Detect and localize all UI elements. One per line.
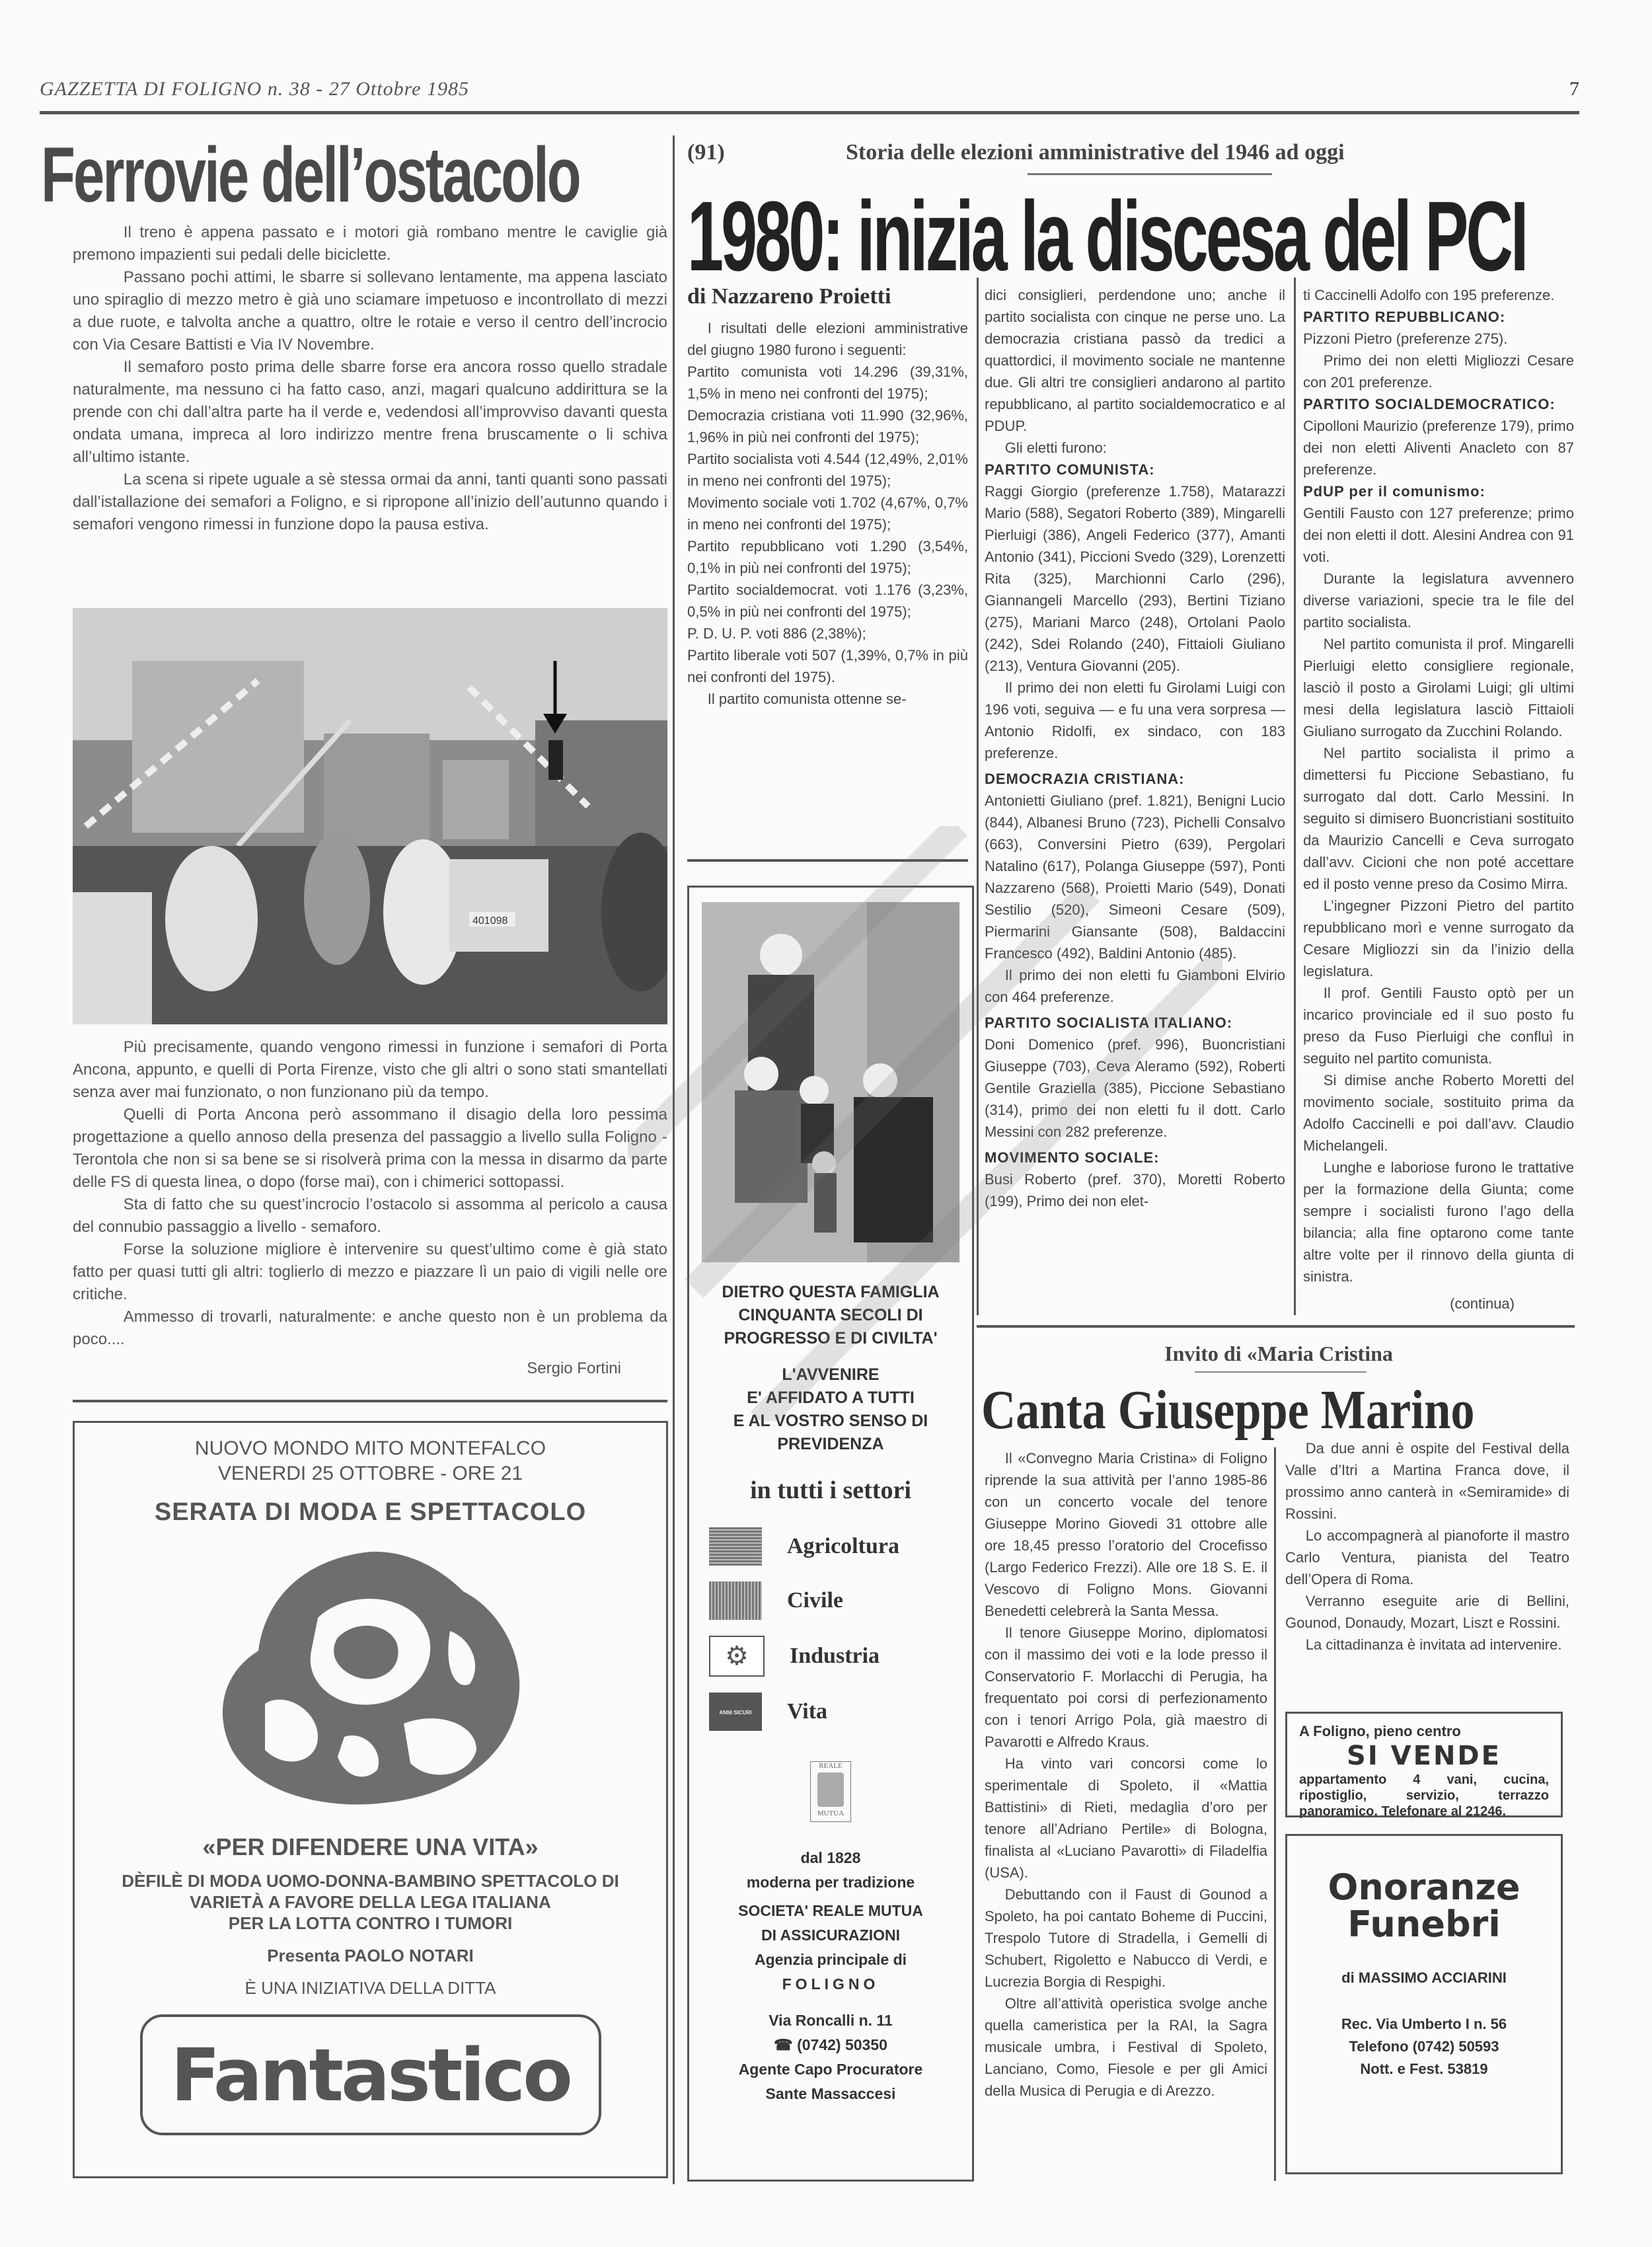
ad-company-info: dal 1828 moderna per tradizione SOCIETA'… xyxy=(689,1846,972,2106)
paragraph: Primo dei non eletti Migliozzi Cesare co… xyxy=(1303,350,1574,393)
concerto-col-1: Il «Convegno Maria Cristina» di Foligno … xyxy=(985,1447,1267,2102)
tree-icon xyxy=(709,1527,762,1566)
agent-role: Agente Capo Procuratore xyxy=(689,2057,972,2082)
series-number: (91) xyxy=(687,140,725,165)
logo-text: MUTUA xyxy=(811,1809,850,1817)
paragraph: dici consiglieri, perdendone uno; anche … xyxy=(985,284,1285,437)
ad-tagline-mid: L'AVVENIRE E' AFFIDATO A TUTTI E AL VOST… xyxy=(689,1363,972,1456)
elected-list: Gentili Fausto con 127 preferenze; primo… xyxy=(1303,502,1574,568)
paragraph: Lo accompagnerà al pianoforte il mastro … xyxy=(1285,1525,1569,1590)
tagline-line: PREVIDENZA xyxy=(689,1433,972,1456)
crest-icon xyxy=(817,1772,844,1807)
telephone-icon: ☎ xyxy=(774,2036,797,2053)
brand-name: Fantastico xyxy=(170,2033,570,2117)
paragraph: Si dimise anche Roberto Moretti del movi… xyxy=(1303,1069,1574,1157)
paragraph: Durante la legislatura avvennero diverse… xyxy=(1303,568,1574,633)
ad-location: A Foligno, pieno centro xyxy=(1299,1723,1549,1740)
results-list: Partito comunista voti 14.296 (39,31%, 1… xyxy=(687,361,968,688)
ferrovie-body-bottom: Più precisamente, quando vengono rimessi… xyxy=(73,1036,667,1380)
elected-list: Raggi Giorgio (preferenze 1.758), Matara… xyxy=(985,480,1285,677)
paragraph: Sta di fatto che su quest’incrocio l’ost… xyxy=(73,1194,667,1238)
concerto-kicker: Invito di «Maria Cristina xyxy=(985,1342,1573,1366)
tagline-line: E' AFFIDATO A TUTTI xyxy=(689,1387,972,1410)
paragraph: Da due anni è ospite del Festival della … xyxy=(1285,1437,1569,1525)
since-text: dal 1828 xyxy=(689,1846,972,1870)
svg-text:401098: 401098 xyxy=(472,915,507,927)
sector-vita: ANNI SICURI Vita xyxy=(709,1693,972,1731)
col-text: I risultati delle elezioni amministrativ… xyxy=(687,317,968,710)
paragraph: Ha vinto vari concorsi come lo speriment… xyxy=(985,1753,1267,1884)
city-text: FOLIGNO xyxy=(689,1972,972,1997)
paragraph: L’ingegner Pizzoni Pietro del partito re… xyxy=(1303,895,1574,982)
reale-mutua-logo: REALE MUTUA xyxy=(810,1761,851,1822)
column-divider xyxy=(1294,278,1296,1315)
paragraph: Il primo dei non eletti fu Girolami Luig… xyxy=(985,677,1285,764)
desc-line: DÈFILÈ DI MODA UOMO-DONNA-BAMBINO SPETTA… xyxy=(75,1870,666,1891)
page-number: 7 xyxy=(1569,78,1579,100)
party-heading: PARTITO COMUNISTA: xyxy=(985,459,1285,480)
ad-description: appartamento 4 vani, cucina, ripostiglio… xyxy=(1299,1772,1549,1819)
result-item: Partito repubblicano voti 1.290 (3,54%, … xyxy=(687,535,968,579)
kicker: Storia delle elezioni amministrative del… xyxy=(846,140,1345,165)
paragraph: Nel partito comunista il prof. Mingarell… xyxy=(1303,633,1574,742)
ad-tagline-top: DIETRO QUESTA FAMIGLIA CINQUANTA SECOLI … xyxy=(689,1281,972,1350)
elected-list: Cipolloni Maurizio (preferenze 179), pri… xyxy=(1303,415,1574,480)
fashion-show-ad: NUOVO MONDO MITO MONTEFALCO VENERDI 25 O… xyxy=(73,1421,668,2178)
paragraph: Quelli di Porta Ancona però assommano il… xyxy=(73,1104,667,1194)
section-rule xyxy=(73,1400,667,1402)
rose-icon xyxy=(186,1539,556,1816)
company-name: DI ASSICURAZIONI xyxy=(689,1923,972,1948)
desc-line: PER LA LOTTA CONTRO I TUMORI xyxy=(75,1913,666,1934)
continued-note: (continua) xyxy=(1303,1293,1574,1314)
tagline-line: DIETRO QUESTA FAMIGLIA xyxy=(689,1281,972,1304)
paragraph: Il primo dei non eletti fu Giamboni Elvi… xyxy=(985,964,1285,1008)
ad-owner: di MASSIMO ACCIARINI xyxy=(1287,1969,1561,1987)
section-rule xyxy=(687,859,968,862)
paragraph: Il «Convegno Maria Cristina» di Foligno … xyxy=(985,1447,1267,1622)
initiative: È UNA INIZIATIVA DELLA DITTA xyxy=(75,1978,666,1999)
si-vende-ad: A Foligno, pieno centro SI VENDE apparta… xyxy=(1285,1712,1563,1817)
result-item: Democrazia cristiana voti 11.990 (32,96%… xyxy=(687,404,968,448)
ferrovie-body-top: Il treno è appena passato e i motori già… xyxy=(73,221,667,536)
onoranze-funebri-ad: Onoranze Funebri di MASSIMO ACCIARINI Re… xyxy=(1285,1834,1563,2174)
elezioni-col-2: dici consiglieri, perdendone uno; anche … xyxy=(985,284,1285,1212)
night-phone-text: Nott. e Fest. 53819 xyxy=(1287,2058,1561,2080)
result-item: Partito socialdemocrat. voti 1.176 (3,23… xyxy=(687,579,968,623)
headline-elezioni: 1980: inizia la discesa del PCI xyxy=(687,186,1526,286)
railway-crossing-photo: 401098 xyxy=(73,608,667,1024)
ad-contacts: Rec. Via Umberto I n. 56 Telefono (0742)… xyxy=(1287,2013,1561,2080)
newspaper-page: GAZZETTA DI FOLIGNO n. 38 - 27 Ottobre 1… xyxy=(0,0,1652,2247)
ad-slogan: «PER DIFENDERE UNA VITA» xyxy=(75,1833,666,1861)
paragraph: Oltre all’attività operistica svolge anc… xyxy=(985,1993,1267,2102)
family-illustration xyxy=(702,902,959,1262)
paragraph: Verranno eseguite arie di Bellini, Gouno… xyxy=(1285,1590,1569,1634)
masthead: GAZZETTA DI FOLIGNO n. 38 - 27 Ottobre 1… xyxy=(40,78,1579,104)
section-rule xyxy=(977,1325,1575,1328)
concerto-col-2: Da due anni è ospite del Festival della … xyxy=(1285,1437,1569,1656)
party-heading: PdUP per il comunismo: xyxy=(1303,480,1574,502)
paragraph: Debuttando con il Faust di Gounod a Spol… xyxy=(985,1884,1267,1993)
sector-agricoltura: Agricoltura xyxy=(709,1527,972,1566)
anni-sicuri-icon: ANNI SICURI xyxy=(709,1693,762,1731)
ad-title: SERATA DI MODA E SPETTACOLO xyxy=(75,1498,666,1527)
ad-description: DÈFILÈ DI MODA UOMO-DONNA-BAMBINO SPETTA… xyxy=(75,1870,666,1934)
elected-list: Antonietti Giuliano (pref. 1.821), Benig… xyxy=(985,790,1285,964)
title-line: Funebri xyxy=(1287,1906,1561,1943)
address-text: Rec. Via Umberto I n. 56 xyxy=(1287,2013,1561,2036)
elezioni-kicker-row: (91) Storia delle elezioni amministrativ… xyxy=(687,140,1573,165)
column-divider xyxy=(673,135,675,2184)
party-heading: PARTITO SOCIALISTA ITALIANO: xyxy=(985,1012,1285,1034)
sector-civile: Civile xyxy=(709,1581,972,1620)
paragraph: Il partito comunista ottenne se- xyxy=(687,688,968,710)
tagline-line: CINQUANTA SECOLI DI xyxy=(689,1304,972,1327)
tagline-line: L'AVVENIRE xyxy=(689,1363,972,1387)
paragraph: Gli eletti furono: xyxy=(985,437,1285,459)
masthead-rule xyxy=(40,111,1579,114)
party-heading: PARTITO REPUBBLICANO: xyxy=(1303,306,1574,328)
sectors-list: Agricoltura Civile ⚙ Industria ANNI SICU… xyxy=(709,1527,972,1731)
agent-name: Sante Massaccesi xyxy=(689,2082,972,2106)
headline-ferrovie: Ferrovie dell’ostacolo xyxy=(41,135,498,215)
gear-icon: ⚙ xyxy=(709,1636,765,1677)
fantastico-logo: Fantastico xyxy=(140,2014,601,2135)
paragraph: Lunghe e laboriose furono le trattative … xyxy=(1303,1157,1574,1287)
title-line: Onoranze xyxy=(1287,1869,1561,1906)
sector-industria: ⚙ Industria xyxy=(709,1636,972,1677)
phone-text: Telefono (0742) 50593 xyxy=(1287,2036,1561,2058)
sector-label: Civile xyxy=(787,1588,843,1613)
ad-venue: NUOVO MONDO MITO MONTEFALCO VENERDI 25 O… xyxy=(75,1436,666,1486)
result-item: Partito comunista voti 14.296 (39,31%, 1… xyxy=(687,361,968,404)
paragraph: Forse la soluzione migliore è intervenir… xyxy=(73,1238,667,1306)
desc-line: VARIETÀ A FAVORE DELLA LEGA ITALIANA xyxy=(75,1891,666,1913)
paragraph: ti Caccinelli Adolfo con 195 preferenze. xyxy=(1303,284,1574,306)
headline-concerto: Canta Giuseppe Marino xyxy=(981,1378,1493,1442)
agency-text: Agenzia principale di xyxy=(689,1948,972,1972)
elected-list: Doni Domenico (pref. 996), Buoncristiani… xyxy=(985,1034,1285,1143)
paragraph: La cittadinanza è invitata ad intervenir… xyxy=(1285,1634,1569,1656)
logo-text: REALE xyxy=(811,1762,850,1770)
party-heading: DEMOCRAZIA CRISTIANA: xyxy=(985,768,1285,790)
paragraph: Il semaforo posto prima delle sbarre for… xyxy=(73,356,667,469)
tagline-line: E AL VOSTRO SENSO DI xyxy=(689,1410,972,1433)
kicker-underline xyxy=(1195,1371,1367,1373)
ad-title: Onoranze Funebri xyxy=(1287,1869,1561,1943)
ad-title: SI VENDE xyxy=(1299,1740,1549,1772)
anni-sicuri-text: ANNI SICURI xyxy=(720,1710,752,1716)
address-text: Via Roncalli n. 11 xyxy=(689,2008,972,2033)
elezioni-col-3: ti Caccinelli Adolfo con 195 preferenze.… xyxy=(1303,284,1574,1314)
tagline-line: PROGRESSO E DI CIVILTA' xyxy=(689,1327,972,1350)
paragraph: La scena si ripete uguale a sè stessa or… xyxy=(73,469,667,536)
intro: I risultati delle elezioni amministrativ… xyxy=(687,317,968,361)
elezioni-col-1: di Nazzareno Proietti I risultati delle … xyxy=(687,284,968,710)
paragraph: Ammesso di trovarli, naturalmente: e anc… xyxy=(73,1306,667,1351)
elected-list: Busi Roberto (pref. 370), Moretti Robert… xyxy=(985,1168,1285,1212)
date-line: VENERDI 25 OTTOBRE - ORE 21 xyxy=(75,1461,666,1486)
column-divider xyxy=(1274,1447,1276,2181)
photo-illustration: 401098 xyxy=(73,608,667,1024)
paragraph: Il treno è appena passato e i motori già… xyxy=(73,221,667,266)
column-divider xyxy=(977,278,979,1315)
newspaper-title: GAZZETTA DI FOLIGNO n. 38 - 27 Ottobre 1… xyxy=(40,78,469,100)
motto-text: moderna per tradizione xyxy=(689,1870,972,1895)
paragraph: Passano pochi attimi, le sbarre si solle… xyxy=(73,266,667,356)
party-heading: MOVIMENTO SOCIALE: xyxy=(985,1147,1285,1168)
byline: di Nazzareno Proietti xyxy=(687,284,968,309)
company-name: SOCIETA' REALE MUTUA xyxy=(689,1899,972,1923)
sectors-title: in tutti i settori xyxy=(689,1476,972,1505)
sector-label: Industria xyxy=(790,1644,880,1669)
result-item: Partito liberale voti 507 (1,39%, 0,7% i… xyxy=(687,644,968,688)
party-heading: PARTITO SOCIALDEMOCRATICO: xyxy=(1303,393,1574,415)
kicker-underline xyxy=(1028,173,1272,175)
paragraph: Più precisamente, quando vengono rimessi… xyxy=(73,1036,667,1104)
paragraph: Il prof. Gentili Fausto optò per un inca… xyxy=(1303,982,1574,1069)
venue-line: NUOVO MONDO MITO MONTEFALCO xyxy=(75,1436,666,1461)
result-item: P. D. U. P. voti 886 (2,38%); xyxy=(687,623,968,644)
paragraph: Il tenore Giuseppe Morino, diplomatosi c… xyxy=(985,1622,1267,1753)
result-item: Movimento sociale voti 1.702 (4,67%, 0,7… xyxy=(687,492,968,535)
paragraph: Nel partito socialista il primo a dimett… xyxy=(1303,742,1574,895)
result-item: Partito socialista voti 4.544 (12,49%, 2… xyxy=(687,448,968,492)
presenter: Presenta PAOLO NOTARI xyxy=(75,1946,666,1966)
elected-list: Pizzoni Pietro (preferenze 275). xyxy=(1303,328,1574,350)
sector-label: Vita xyxy=(787,1699,827,1724)
phone-line: ☎ (0742) 50350 xyxy=(689,2033,972,2057)
sector-label: Agricoltura xyxy=(787,1534,899,1559)
family-house-icon xyxy=(709,1581,762,1620)
author: Sergio Fortini xyxy=(73,1357,667,1380)
reale-mutua-ad: DIETRO QUESTA FAMIGLIA CINQUANTA SECOLI … xyxy=(687,886,974,2182)
